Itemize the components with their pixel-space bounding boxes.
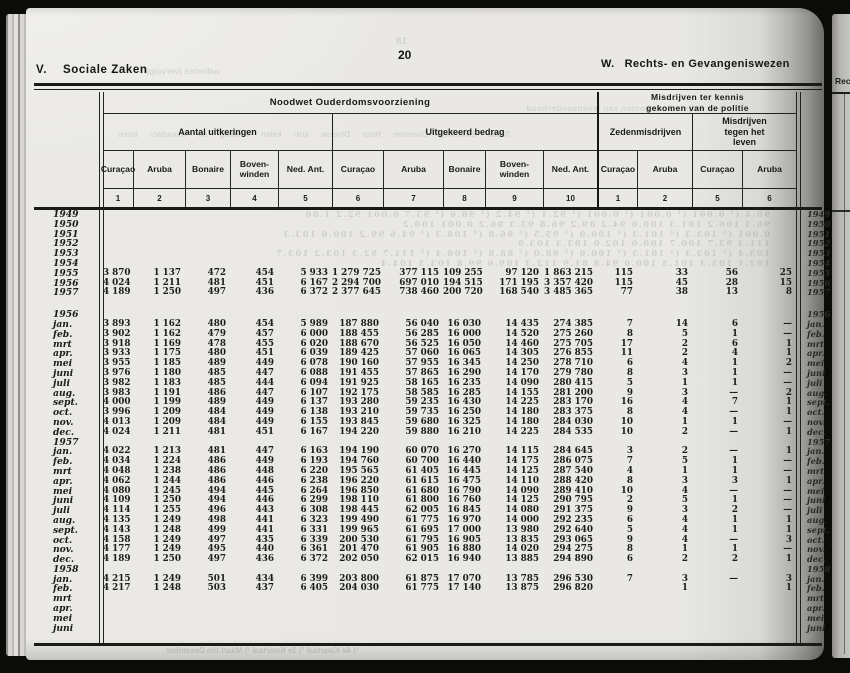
next-page-edge: Rec	[832, 14, 850, 658]
header-subgroup-row: Aantal uitkeringenUitgekeerd bedragZeden…	[34, 113, 822, 151]
table-body: 194998.4 (¹ 0.001 (¹ 0.001 (¹ 0.001 (¹ 9…	[34, 210, 822, 633]
table-row: 194998.4 (¹ 0.001 (¹ 0.001 (¹ 0.001 (¹ 9…	[34, 210, 822, 220]
column-number: 8	[443, 189, 485, 207]
column-header: Aruba	[637, 151, 692, 189]
table-cell: 16 940	[443, 555, 485, 565]
table-row: meimei	[34, 614, 822, 624]
table-cell: 6 372	[278, 288, 332, 298]
table-cell: 1	[742, 584, 796, 594]
table-cell: 4 189	[103, 288, 133, 298]
column-number: 6	[332, 189, 383, 207]
row-label: 1957	[34, 288, 99, 298]
table-cell: 437	[230, 584, 278, 594]
section-name-right: Rechts- en Gevangeniswezen	[625, 58, 790, 70]
table-cell: 202 050	[332, 555, 383, 565]
table-cell: 1 250	[133, 288, 185, 298]
column-number: 1	[103, 189, 133, 207]
column-header: Ned. Ant.	[278, 151, 332, 189]
subgroup-title: Aantal uitkeringen	[103, 113, 332, 151]
table-row: dec.4 0241 2114814516 167194 22059 88016…	[34, 428, 822, 438]
table-cell: 13 875	[485, 584, 543, 594]
table-cell: 3 485 365	[543, 288, 597, 298]
table-cell: 194 220	[332, 428, 383, 438]
group-title-noodwet: Noodwet Ouderdomsvoorziening	[103, 92, 597, 113]
table-cell: 14 225	[485, 428, 543, 438]
group-title-misdrijven: Misdrijven ter kennis gekomen van de pol…	[597, 92, 796, 113]
row-label-right: 1957	[796, 288, 822, 298]
book-page-edges-left	[6, 14, 28, 656]
section-name-left: Sociale Zaken	[63, 64, 148, 76]
table-cell	[692, 584, 742, 594]
ghost-page-number: 18	[396, 36, 407, 47]
table-cell: 6 405	[278, 584, 332, 594]
table-row: 195096.3 106.2 101.3 100.0 94.2 89.2 96.…	[34, 220, 822, 230]
row-label: juni	[34, 624, 99, 634]
column-header: Curaçao	[692, 151, 742, 189]
column-number: 2	[637, 189, 692, 207]
table-row: 19510.001 (² 103.3 (² 101.3 (² 100.0 (² …	[34, 230, 822, 240]
table-cell: 451	[230, 428, 278, 438]
table-row: dec.4 1891 2504974366 372202 05062 01516…	[34, 555, 822, 565]
table-cell: 1	[742, 428, 796, 438]
header-group-row: Noodwet Ouderdomsvoorziening Misdrijven …	[34, 92, 822, 113]
table-row: 1953103.4 (² 103.3 (² 101.3 (² 100.0 (² …	[34, 249, 822, 259]
table-row: junijuni	[34, 624, 822, 634]
table-cell: 296 820	[543, 584, 597, 594]
ghost-footnote-text: ¹) 4e Kwartaal ²) 3e Kwartaal ³) Maart t…	[166, 646, 359, 655]
column-number: 10	[543, 189, 597, 207]
table-cell: —	[692, 428, 742, 438]
next-page-vline	[844, 94, 845, 654]
ghost-title-text: nellortes (vervolg)	[146, 66, 220, 76]
section-letter-right: W.	[601, 58, 615, 70]
table-cell: 1 248	[133, 584, 185, 594]
next-page-title-fragment: Rec	[835, 76, 850, 86]
table-cell: 168 540	[485, 288, 543, 298]
row-spacer	[34, 298, 822, 310]
subgroup-title: Uitgekeerd bedrag	[332, 113, 597, 151]
table-cell: 4 217	[103, 584, 133, 594]
column-header: Curaçao	[332, 151, 383, 189]
table-cell: 503	[185, 584, 230, 594]
table-cell: 6 167	[278, 428, 332, 438]
table-cell: 497	[185, 288, 230, 298]
column-number: 5	[278, 189, 332, 207]
table-row: 19574 1891 2504974366 3722 377 645738 46…	[34, 288, 822, 298]
group-title-misdrijven-line2: gekomen van de politie	[646, 103, 749, 113]
ghost-row-values: 102.1 103.3 101.3 100.0 94.8 81.9 112.3 …	[103, 259, 796, 269]
table-cell: 16 210	[443, 428, 485, 438]
table-cell: 13	[692, 288, 742, 298]
column-header: Aruba	[383, 151, 443, 189]
header-colnums-row: 123456789101256	[34, 189, 822, 207]
section-title-right: W.Rechts- en Gevangeniswezen	[601, 58, 790, 70]
table-cell: 2 377 645	[332, 288, 383, 298]
table-cell: 2	[637, 555, 692, 565]
table-cell: —	[692, 575, 742, 585]
subgroup-title: Misdrijven tegen het leven	[692, 113, 796, 151]
table-cell: 436	[230, 288, 278, 298]
table-row: 1954102.1 103.3 101.3 100.0 94.8 81.9 11…	[34, 259, 822, 269]
table-cell: 7	[597, 575, 637, 585]
table-cell: 1	[742, 555, 796, 565]
table-cell: 204 030	[332, 584, 383, 594]
table-cell: 200 720	[443, 288, 485, 298]
table-cell: 17 140	[443, 584, 485, 594]
table-cell: 6	[597, 555, 637, 565]
table-cell: 6 372	[278, 555, 332, 565]
table-cell: 2	[637, 428, 692, 438]
column-number: 5	[692, 189, 742, 207]
column-number: 1	[597, 189, 637, 207]
table-cell: 2	[692, 555, 742, 565]
section-title-left: V.Sociale Zaken	[36, 64, 148, 76]
subgroup-title: Zedenmisdrijven	[597, 113, 692, 151]
column-header: Aruba	[742, 151, 796, 189]
table-row: apr.apr.	[34, 604, 822, 614]
table-row: mrtmrt	[34, 594, 822, 604]
column-header: Curaçao	[103, 151, 133, 189]
column-header: Ned. Ant.	[543, 151, 597, 189]
table-cell: 1 211	[133, 428, 185, 438]
next-page-rule	[832, 92, 850, 94]
header-colnames-row: CuraçaoArubaBonaireBoven- windenNed. Ant…	[34, 151, 822, 189]
column-number: 6	[742, 189, 796, 207]
ghost-row-values: 96.3 106.2 101.3 100.0 94.2 89.2 96.8 93…	[103, 220, 796, 230]
table-bottom-rule	[34, 643, 822, 646]
table-cell: 38	[637, 288, 692, 298]
column-header: Aruba	[133, 151, 185, 189]
page-number: 20	[398, 48, 411, 62]
table-cell: 59 880	[383, 428, 443, 438]
column-header: Curaçao	[597, 151, 637, 189]
table-cell: 10	[597, 428, 637, 438]
bottom-shadow	[26, 638, 824, 660]
column-number: 4	[230, 189, 278, 207]
table-cell: 738 460	[383, 288, 443, 298]
ghost-row-values: 111.3 93.7 100.7 100.0 102.0 103.3 103.9	[103, 239, 796, 249]
table-cell: 4 024	[103, 428, 133, 438]
row-label-right: juni	[796, 624, 822, 634]
table-cell: 77	[597, 288, 637, 298]
table-cell: 1 250	[133, 555, 185, 565]
ghost-row-values: 98.4 (¹ 0.001 (¹ 0.001 (¹ 0.001 (¹ 92.1 …	[103, 210, 796, 220]
table-cell: 61 775	[383, 584, 443, 594]
book-page: V.Sociale Zaken 20 W.Rechts- en Gevangen…	[26, 8, 824, 660]
column-number: 9	[485, 189, 543, 207]
section-letter-left: V.	[36, 64, 47, 76]
scan-background: V.Sociale Zaken 20 W.Rechts- en Gevangen…	[0, 0, 850, 673]
ghost-row-values: 0.001 (² 103.3 (² 101.3 (² 100.0 (² 95.5…	[103, 230, 796, 240]
table-row: 1952111.3 93.7 100.7 100.0 102.0 103.3 1…	[34, 239, 822, 249]
column-number: 3	[185, 189, 230, 207]
column-header: Boven- winden	[485, 151, 543, 189]
table-cell: 481	[185, 428, 230, 438]
table-cell: 294 890	[543, 555, 597, 565]
ghost-row-values: 103.4 (² 103.3 (² 101.3 (² 100.0 (² 98.0…	[103, 249, 796, 259]
next-page-rule-2	[832, 210, 850, 212]
column-header: Boven- winden	[230, 151, 278, 189]
column-header: Bonaire	[185, 151, 230, 189]
table-cell: 13 885	[485, 555, 543, 565]
table-cell: 4 189	[103, 555, 133, 565]
column-number: 7	[383, 189, 443, 207]
table-cell: 284 535	[543, 428, 597, 438]
top-rule-thin	[34, 89, 822, 90]
table-row: feb.4 2171 2485034376 405204 03061 77517…	[34, 584, 822, 594]
column-number: 2	[133, 189, 185, 207]
column-header: Bonaire	[443, 151, 485, 189]
table-cell: 497	[185, 555, 230, 565]
table-cell	[597, 584, 637, 594]
table-cell: 8	[742, 288, 796, 298]
table-cell: 62 015	[383, 555, 443, 565]
group-title-misdrijven-line1: Misdrijven ter kennis	[651, 92, 744, 102]
top-rule-heavy	[34, 83, 822, 86]
table-cell: 1	[637, 584, 692, 594]
table-cell: 436	[230, 555, 278, 565]
